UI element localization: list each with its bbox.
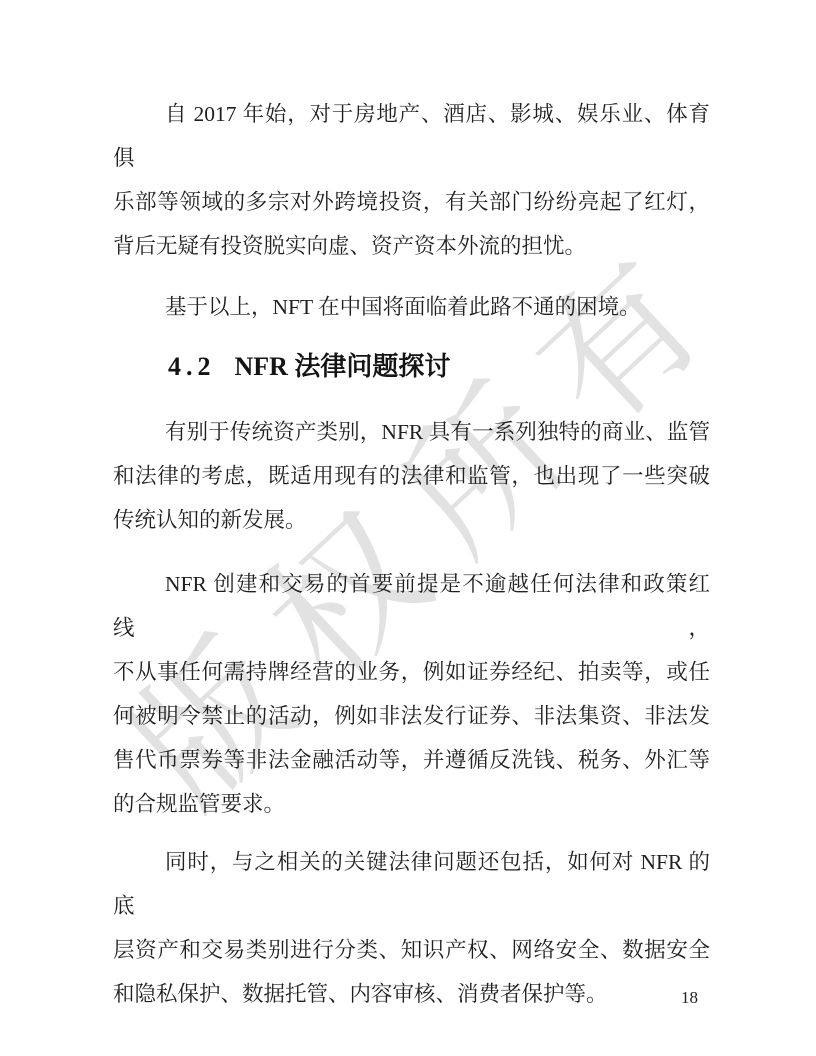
text-line: 售代币票券等非法金融活动等，并遵循反洗钱、税务、外汇等	[113, 738, 710, 782]
paragraph-nft-dead-end: 基于以上，NFT 在中国将面临着此路不通的困境。	[113, 285, 710, 329]
text-line: NFR 创建和交易的首要前提是不逾越任何法律和政策红线，	[113, 562, 710, 650]
text-line: 自 2017 年始，对于房地产、酒店、影城、娱乐业、体育俱	[113, 92, 710, 180]
text-line: 基于以上，NFT 在中国将面临着此路不通的困境。	[113, 285, 710, 329]
text-line: 的合规监管要求。	[113, 782, 710, 826]
document-body: 自 2017 年始，对于房地产、酒店、影城、娱乐业、体育俱乐部等领域的多宗对外跨…	[113, 92, 710, 1016]
section-heading: 4.2NFR 法律问题探讨	[113, 347, 710, 387]
text-line: 何被明令禁止的活动，例如非法发行证券、非法集资、非法发	[113, 694, 710, 738]
section-title: NFR 法律问题探讨	[235, 352, 451, 381]
text-line: 同时，与之相关的关键法律问题还包括，如何对 NFR 的底	[113, 840, 710, 928]
text-line: 和隐私保护、数据托管、内容审核、消费者保护等。	[113, 972, 710, 1016]
paragraph-nfr-characteristics: 有别于传统资产类别，NFR 具有一系列独特的商业、监管和法律的考虑，既适用现有的…	[113, 410, 710, 542]
paragraph-nfr-legal-premise: NFR 创建和交易的首要前提是不逾越任何法律和政策红线，不从事任何需持牌经营的业…	[113, 562, 710, 826]
text-line: 传统认知的新发展。	[113, 498, 710, 542]
text-line: 背后无疑有投资脱实向虚、资产资本外流的担忧。	[113, 224, 710, 268]
section-number: 4.2	[168, 352, 216, 381]
text-line: 乐部等领域的多宗对外跨境投资，有关部门纷纷亮起了红灯，	[113, 180, 710, 224]
text-line: 不从事任何需持牌经营的业务，例如证券经纪、拍卖等，或任	[113, 650, 710, 694]
text-line: 层资产和交易类别进行分类、知识产权、网络安全、数据安全	[113, 928, 710, 972]
text-line: 有别于传统资产类别，NFR 具有一系列独特的商业、监管	[113, 410, 710, 454]
paragraph-related-legal-issues: 同时，与之相关的关键法律问题还包括，如何对 NFR 的底层资产和交易类别进行分类…	[113, 840, 710, 1016]
page-number: 18	[681, 989, 698, 1007]
document-page: 版权所有 自 2017 年始，对于房地产、酒店、影城、娱乐业、体育俱乐部等领域的…	[0, 0, 816, 1056]
text-line: 和法律的考虑，既适用现有的法律和监管，也出现了一些突破	[113, 454, 710, 498]
paragraph-outbound-investment: 自 2017 年始，对于房地产、酒店、影城、娱乐业、体育俱乐部等领域的多宗对外跨…	[113, 92, 710, 268]
